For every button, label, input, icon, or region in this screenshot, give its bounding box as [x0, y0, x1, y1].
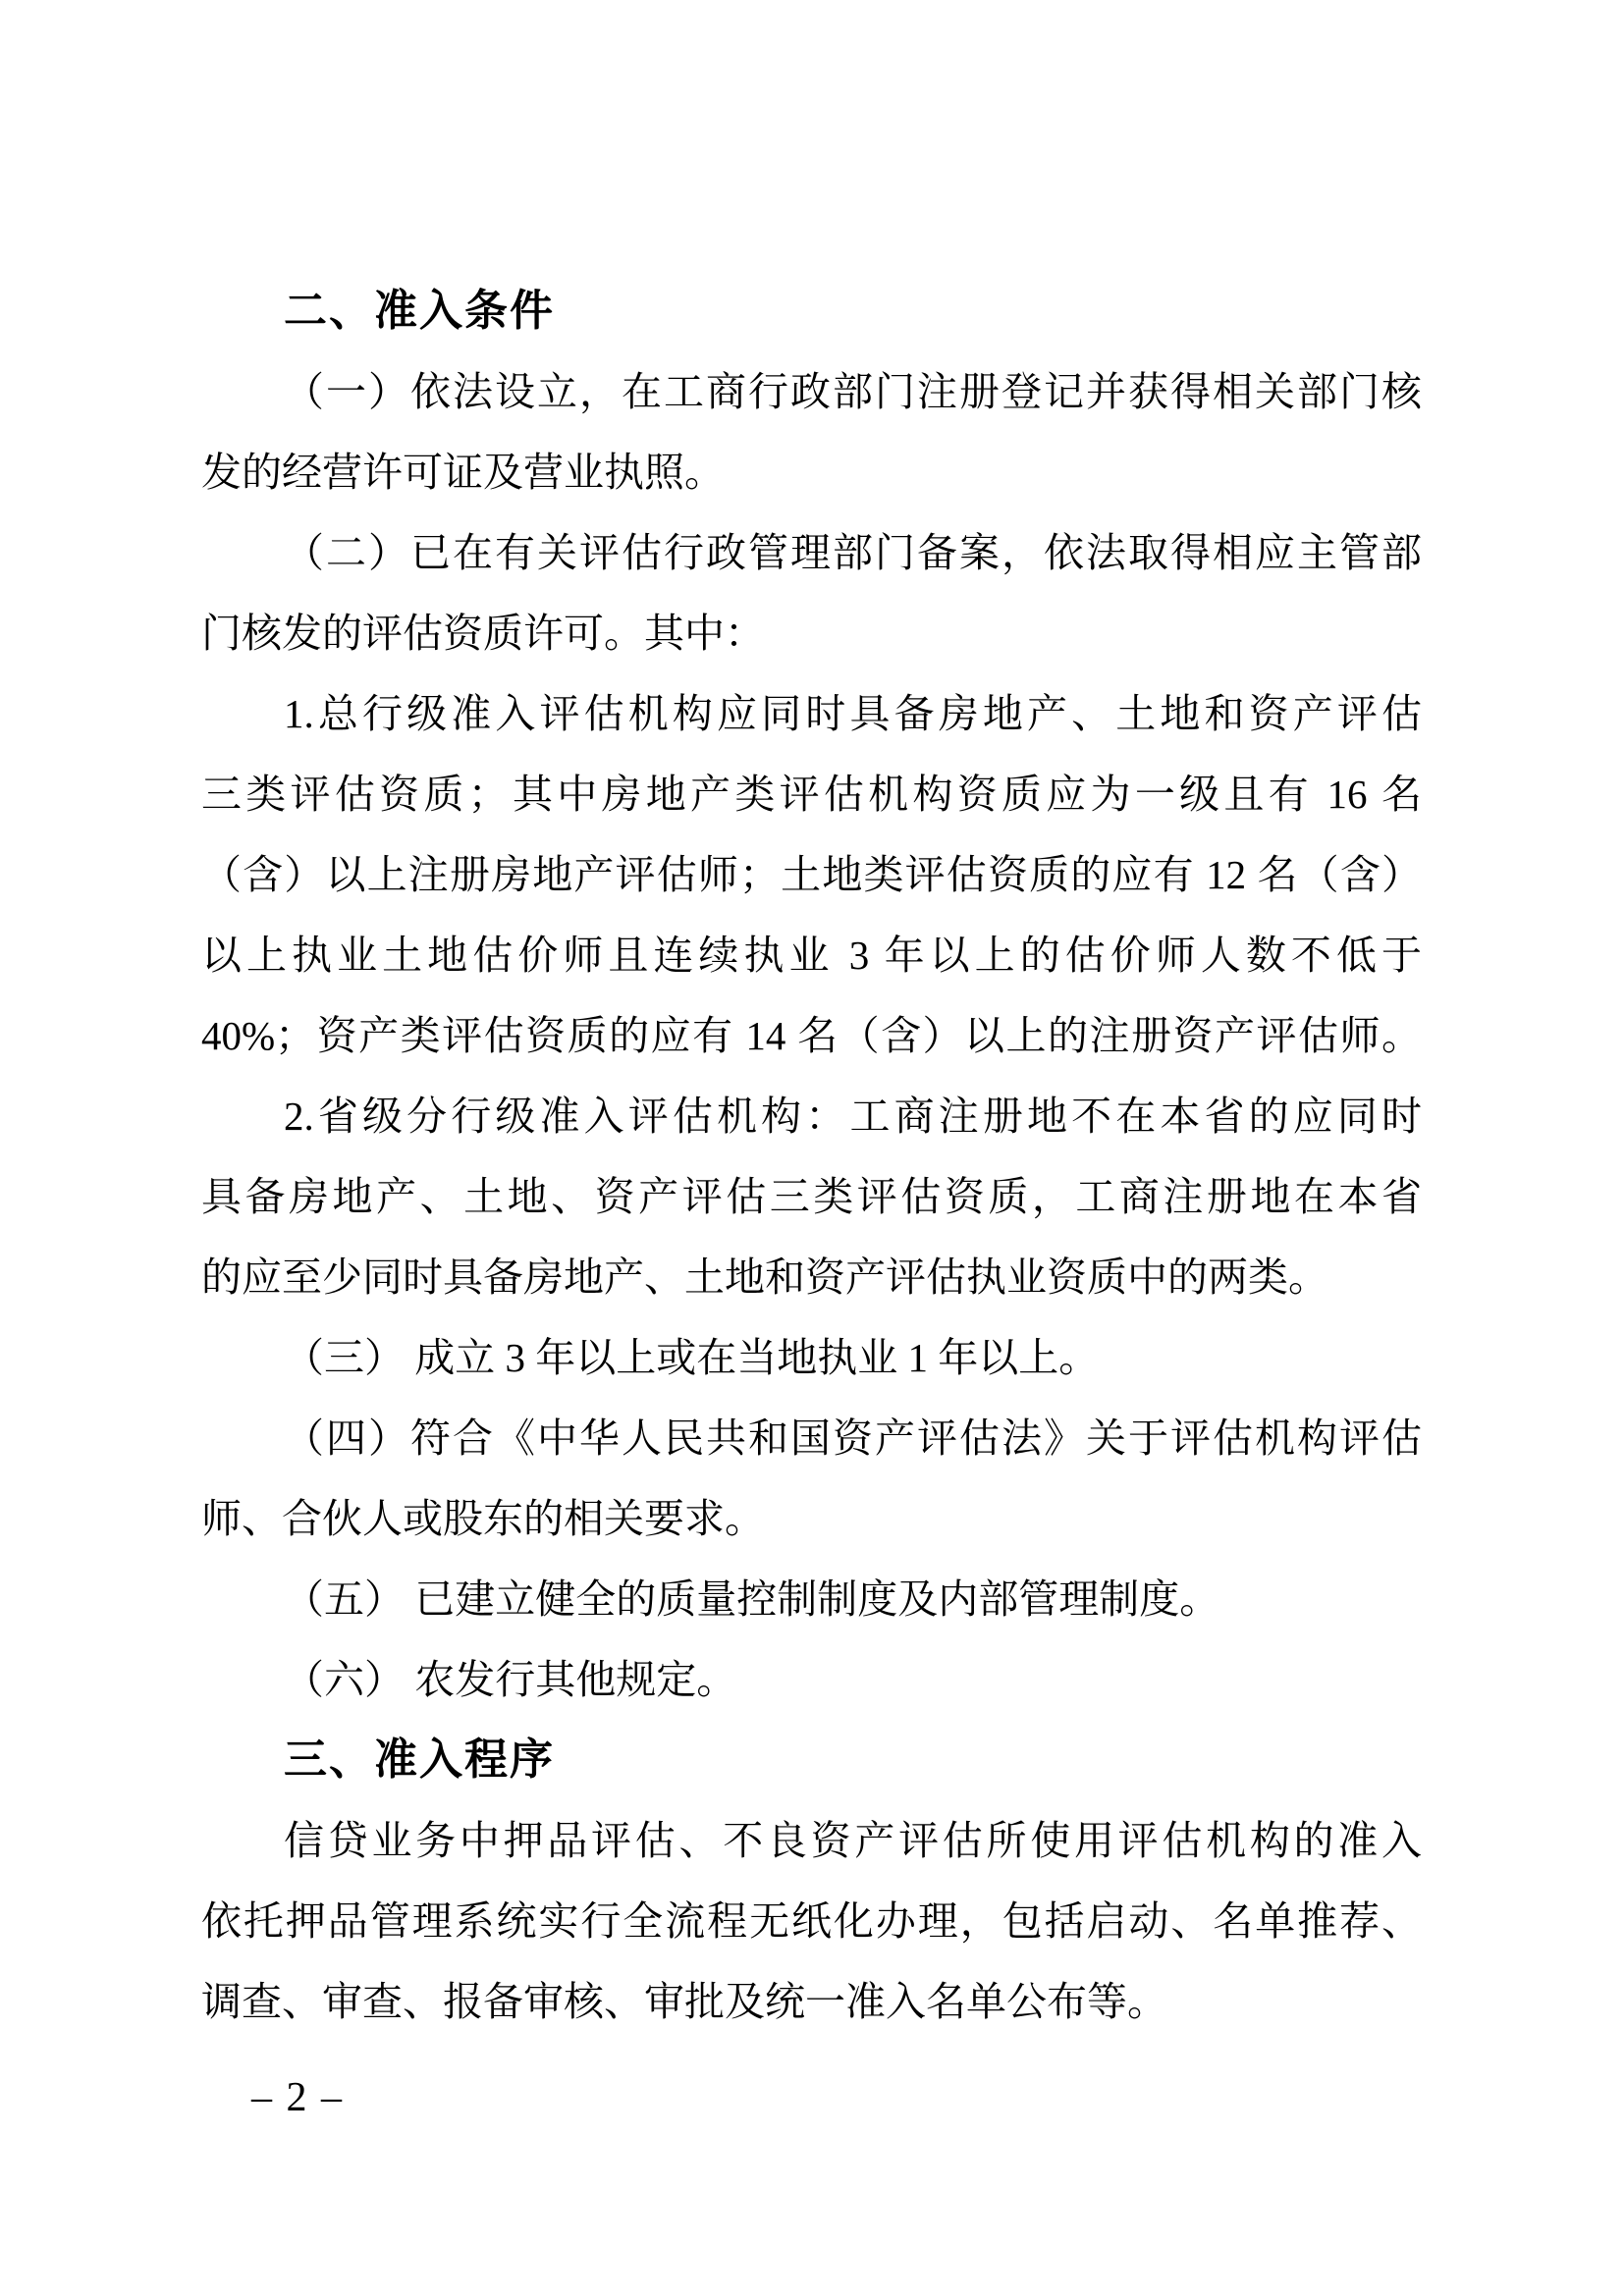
- text-line: 调查、审查、报备审核、审批及统一准入名单公布等。: [201, 1961, 1422, 2042]
- text-line: （六） 农发行其他规定。: [201, 1639, 1422, 1720]
- text-line: 2.省级分行级准入评估机构：工商注册地不在本省的应同时: [201, 1076, 1422, 1156]
- text-line: （五） 已建立健全的质量控制制度及内部管理制度。: [201, 1559, 1422, 1639]
- text-line: （四）符合《中华人民共和国资产评估法》关于评估机构评估: [201, 1398, 1422, 1478]
- text-line: （三） 成立 3 年以上或在当地执业 1 年以上。: [201, 1317, 1422, 1398]
- text-line: 以上执业土地估价师且连续执业 3 年以上的估价师人数不低于: [201, 915, 1422, 995]
- text-line: 具备房地产、土地、资产评估三类评估资质，工商注册地在本省: [201, 1156, 1422, 1237]
- text-line: 40%；资产类评估资质的应有 14 名（含）以上的注册资产评估师。: [201, 995, 1422, 1076]
- section-heading: 三、准入程序: [201, 1720, 1422, 1800]
- text-line: 1.总行级准入评估机构应同时具备房地产、土地和资产评估: [201, 673, 1422, 754]
- text-line: 信贷业务中押品评估、不良资产评估所使用评估机构的准入: [201, 1800, 1422, 1881]
- document-body: 二、准入条件（一）依法设立，在工商行政部门注册登记并获得相关部门核发的经营许可证…: [201, 271, 1422, 2042]
- text-line: 依托押品管理系统实行全流程无纸化办理，包括启动、名单推荐、: [201, 1881, 1422, 1961]
- text-line: 师、合伙人或股东的相关要求。: [201, 1478, 1422, 1559]
- text-line: （一）依法设立，在工商行政部门注册登记并获得相关部门核: [201, 351, 1422, 432]
- section-heading: 二、准入条件: [201, 271, 1422, 351]
- text-line: （含）以上注册房地产评估师；土地类评估资质的应有 12 名（含）: [201, 834, 1422, 915]
- text-line: 发的经营许可证及营业执照。: [201, 432, 1422, 512]
- document-page: 二、准入条件（一）依法设立，在工商行政部门注册登记并获得相关部门核发的经营许可证…: [0, 0, 1624, 2296]
- text-line: 的应至少同时具备房地产、土地和资产评估执业资质中的两类。: [201, 1237, 1422, 1317]
- page-number: – 2 –: [251, 2077, 344, 2118]
- text-line: 三类评估资质；其中房地产类评估机构资质应为一级且有 16 名: [201, 754, 1422, 834]
- text-line: 门核发的评估资质许可。其中：: [201, 593, 1422, 673]
- text-line: （二）已在有关评估行政管理部门备案，依法取得相应主管部: [201, 512, 1422, 593]
